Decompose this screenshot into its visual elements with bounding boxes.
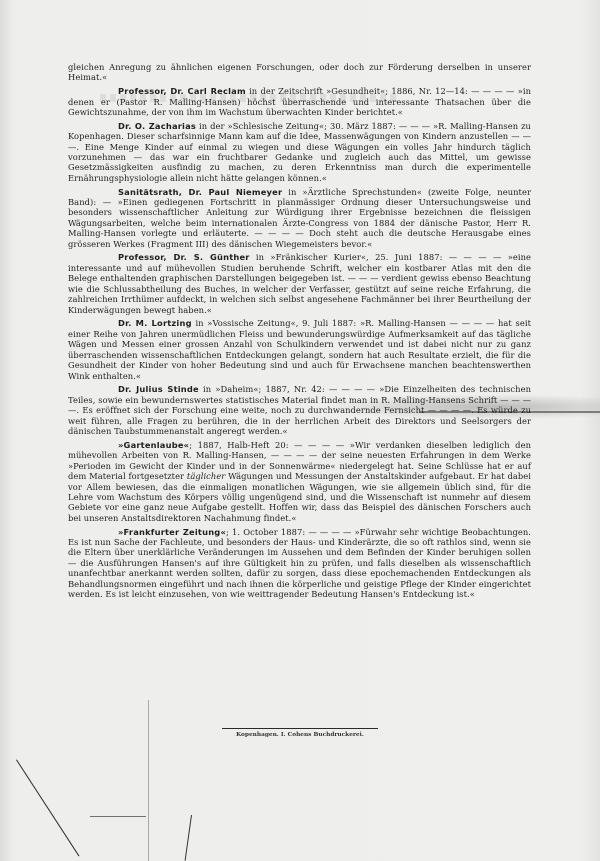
review-guenther: Professor, Dr. S. Günther in »Fränkische… bbox=[68, 252, 531, 315]
scan-artifact-line bbox=[148, 700, 149, 861]
review-gartenlaube: »Gartenlaube«; 1887, Halb-Heft 20: — — —… bbox=[68, 440, 531, 524]
review-author: Dr. M. Lortzing bbox=[118, 318, 192, 328]
scan-artifact-mark bbox=[185, 815, 193, 861]
paragraph-text: gleichen Anregung zu ähnlichen eigenen F… bbox=[68, 62, 531, 82]
review-author: »Gartenlaube« bbox=[118, 440, 189, 450]
review-author: Professor, Dr. Carl Reclam bbox=[118, 86, 246, 96]
review-niemeyer: Sanitätsrath, Dr. Paul Niemeyer in »Ärzt… bbox=[68, 187, 531, 250]
emphasized-word: täglicher bbox=[187, 471, 225, 481]
review-author: Professor, Dr. S. Günther bbox=[118, 252, 250, 262]
printer-imprint: Kopenhagen. I. Cohens Buchdruckerei. bbox=[222, 728, 378, 738]
review-author: Dr. Julius Stinde bbox=[118, 384, 199, 394]
review-stinde: Dr. Julius Stinde in »Daheim«; 1887, Nr.… bbox=[68, 384, 531, 436]
body-text: gleichen Anregung zu ähnlichen eigenen F… bbox=[68, 62, 531, 603]
paragraph-intro: gleichen Anregung zu ähnlichen eigenen F… bbox=[68, 62, 531, 83]
review-author: Dr. O. Zacharias bbox=[118, 121, 196, 131]
review-text: ; 1. October 1887: — — — — »Fürwahr sehr… bbox=[68, 527, 531, 600]
review-lortzing: Dr. M. Lortzing in »Vossische Zeitung«, … bbox=[68, 318, 531, 381]
review-author: Sanitätsrath, Dr. Paul Niemeyer bbox=[118, 187, 282, 197]
review-zacharias: Dr. O. Zacharias in der »Schlesische Zei… bbox=[68, 121, 531, 184]
review-frankfurter: »Frankfurter Zeitung«; 1. October 1887: … bbox=[68, 527, 531, 600]
review-author: »Frankfurter Zeitung« bbox=[118, 527, 226, 537]
scanned-page: gleichen Anregung zu ähnlichen eigenen F… bbox=[0, 0, 600, 861]
scan-artifact-mark bbox=[90, 816, 146, 817]
review-reclam: Professor, Dr. Carl Reclam in der Zeitsc… bbox=[68, 86, 531, 117]
scan-artifact-scratch bbox=[16, 759, 80, 856]
